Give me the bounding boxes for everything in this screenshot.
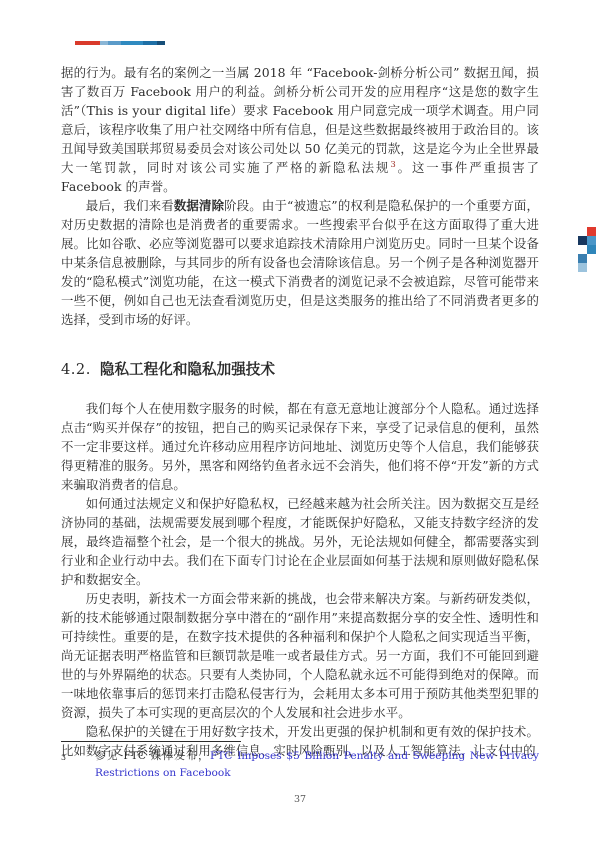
paragraph-data-scandal: 据的行为。最有名的案例之一当属 2018 年 “Facebook-剑桥分析公司”… xyxy=(61,63,539,196)
pixel-square xyxy=(587,245,596,254)
document-page: 据的行为。最有名的案例之一当属 2018 年 “Facebook-剑桥分析公司”… xyxy=(0,0,600,848)
paragraph-text: 据的行为。最有名的案例之一当属 2018 年 “Facebook-剑桥分析公司”… xyxy=(61,65,539,175)
paragraph-text: 最后，我们来看 xyxy=(86,198,174,213)
brand-color-bar xyxy=(75,41,165,45)
paragraph-personal-privacy: 我们每个人在使用数字服务的时候，都在有意无意地让渡部分个人隐私。通过选择点击“购… xyxy=(61,399,539,494)
footnote-area: 3 参见 FTC 媒体发布，FTC Imposes $5 Billion Pen… xyxy=(61,741,539,782)
section-number: 4.2. xyxy=(61,361,91,378)
section-title: 隐私工程化和隐私加强技术 xyxy=(100,361,275,378)
paragraph-text: 阶段。由于“被遗忘”的权利是隐私保护的一个重要方面，对历史数据的清除也是消费者的… xyxy=(61,198,539,327)
paragraph-regulation: 如何通过法规定义和保护好隐私权，已经越来越为社会所关注。因为数据交互是经济协同的… xyxy=(61,494,539,589)
footnote-3: 3 参见 FTC 媒体发布，FTC Imposes $5 Billion Pen… xyxy=(61,748,539,782)
footnote-text: 参见 FTC 媒体发布，FTC Imposes $5 Billion Penal… xyxy=(95,748,539,782)
pixel-square xyxy=(578,254,587,263)
paragraph-data-erasure: 最后，我们来看数据清除阶段。由于“被遗忘”的权利是隐私保护的一个重要方面，对历史… xyxy=(61,196,539,329)
footnote-prefix: 参见 FTC 媒体发布， xyxy=(95,750,210,762)
page-number: 37 xyxy=(0,794,600,805)
pixel-square xyxy=(587,227,596,236)
pixel-square xyxy=(587,236,596,245)
footnote-rule xyxy=(61,741,241,742)
paragraph-new-technology: 历史表明，新技术一方面会带来新的挑战，也会带来解决方案。与新药研发类似，新的技术… xyxy=(61,589,539,722)
section-heading: 4.2.隐私工程化和隐私加强技术 xyxy=(61,358,539,379)
pixel-square xyxy=(578,263,587,272)
pixel-square xyxy=(578,236,587,245)
bold-term-data-erasure: 数据清除 xyxy=(174,198,224,213)
footnote-marker: 3 xyxy=(61,748,95,782)
page-body: 据的行为。最有名的案例之一当属 2018 年 “Facebook-剑桥分析公司”… xyxy=(61,63,539,760)
